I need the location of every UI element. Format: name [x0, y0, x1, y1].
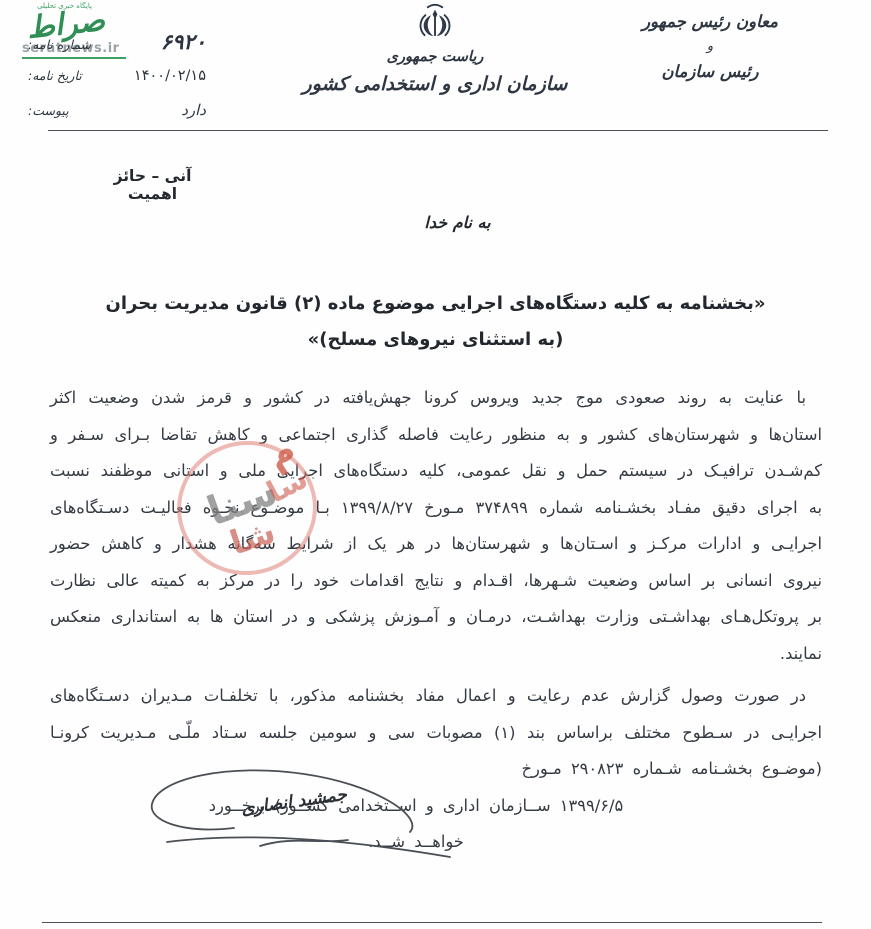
attachment-label: پیوست:	[28, 103, 69, 118]
header-divider-line	[48, 130, 828, 131]
circular-title-line2: (به استثنای نیروهای مسلح)»	[60, 322, 811, 358]
signature-stroke-icon	[112, 758, 462, 888]
body-paragraph-1: با عنایت به روند صعودی موج جدید ویروس کر…	[50, 380, 822, 672]
and-conjunction: و	[612, 39, 808, 54]
presidency-line: ریاست جمهوری	[295, 49, 575, 65]
vice-president-line: معاون رئیس جمهور	[612, 12, 808, 31]
attachment-value: دارد	[181, 101, 206, 119]
scanned-official-letter: پایگاه خبری تحلیلی صراط seratnews.ir شما…	[0, 0, 871, 929]
letter-number-value: ۶۹۲۰	[161, 30, 206, 54]
attachment-row: پیوست: دارد	[28, 101, 206, 119]
letter-number-label: شماره نامه:	[28, 37, 91, 52]
basmala: به نام خدا	[405, 213, 510, 232]
letterhead-right: معاون رئیس جمهور و رئیس سازمان	[612, 12, 808, 81]
letterhead-center: ریاست جمهوری سازمان اداری و استخدامی کشو…	[295, 2, 575, 95]
circular-title-line1: «بخشنامه به کلیه دستگاه‌های اجرایی موضوع…	[60, 286, 811, 322]
letter-number-row: شماره نامه: ۶۹۲۰	[28, 30, 206, 54]
iran-emblem-icon	[411, 2, 459, 46]
letter-date-row: تاریخ نامه: ۱۴۰۰/۰۲/۱۵	[28, 68, 206, 84]
priority-note: آنی – حائز اهمیت	[90, 167, 215, 203]
letter-date-label: تاریخ نامه:	[28, 68, 82, 83]
letter-date-value: ۱۴۰۰/۰۲/۱۵	[134, 68, 206, 84]
organization-name: سازمان اداری و استخدامی کشور	[295, 73, 575, 95]
signature-block: جمشید انصاری	[112, 758, 462, 888]
circular-title: «بخشنامه به کلیه دستگاه‌های اجرایی موضوع…	[60, 286, 811, 358]
head-of-organization-line: رئیس سازمان	[612, 62, 808, 81]
footer-line	[42, 922, 822, 923]
